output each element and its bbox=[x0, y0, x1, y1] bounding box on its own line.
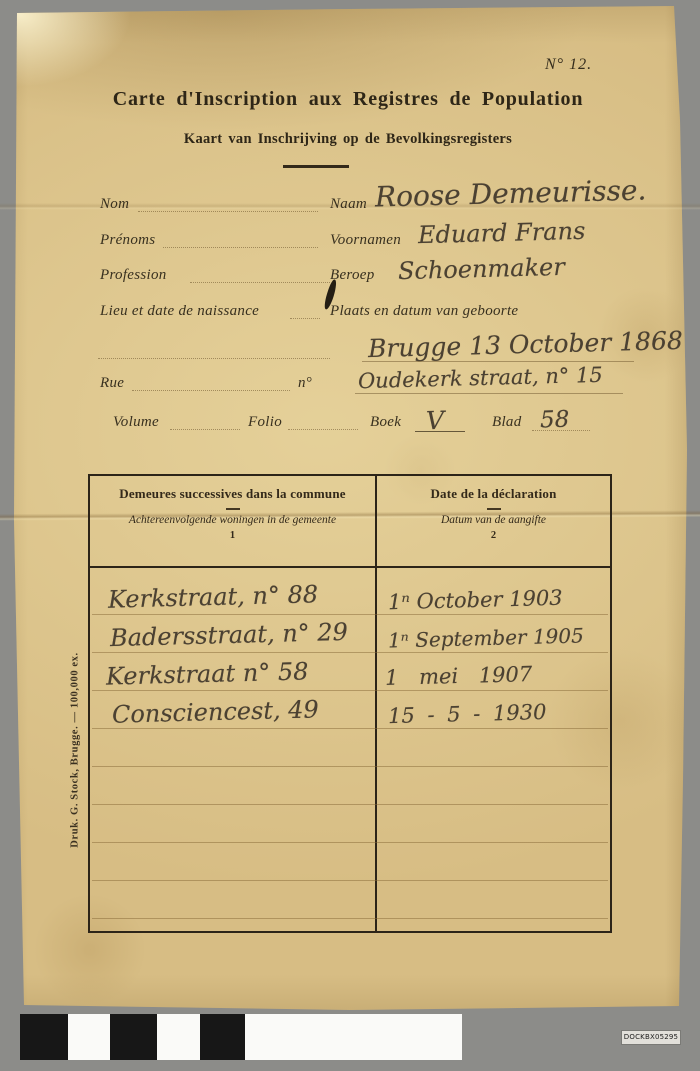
document-number: N° 12. bbox=[545, 56, 592, 74]
table-row-date: 1ⁿ September 1905 bbox=[388, 623, 584, 652]
step-wedge-block-black bbox=[110, 1014, 157, 1060]
header-dash bbox=[487, 508, 501, 510]
title-dutch: Kaart van Inschrijving op de Bevolkingsr… bbox=[20, 131, 676, 148]
field-line bbox=[532, 430, 590, 431]
table-header-residences: Demeures successives dans la commune Ach… bbox=[90, 476, 375, 566]
label-nom: Nom bbox=[100, 196, 129, 213]
inventory-label: DOCKBX05295 bbox=[621, 1030, 681, 1045]
field-line bbox=[138, 211, 318, 212]
step-wedge-block-white bbox=[157, 1014, 200, 1060]
header-dash bbox=[226, 508, 240, 510]
field-line bbox=[290, 318, 320, 319]
label-naissance-nl: Plaats en datum van geboorte bbox=[330, 303, 518, 320]
label-profession: Profession bbox=[100, 267, 167, 284]
step-wedge-block-black bbox=[20, 1014, 68, 1060]
label-beroep: Beroep bbox=[330, 267, 375, 284]
header-fr: Date de la déclaration bbox=[377, 486, 610, 502]
label-prenoms: Prénoms bbox=[100, 232, 155, 249]
field-line bbox=[355, 393, 623, 394]
label-naissance-fr: Lieu et date de naissance bbox=[100, 303, 259, 320]
field-line bbox=[98, 358, 330, 359]
label-naam: Naam bbox=[330, 196, 367, 213]
header-nl: Datum van de aangifte bbox=[377, 514, 610, 526]
table-header-dates: Date de la déclaration Datum van de aang… bbox=[377, 476, 610, 566]
table-header-divider bbox=[90, 566, 610, 568]
label-boek: Boek bbox=[370, 414, 401, 431]
label-blad: Blad bbox=[492, 414, 522, 431]
title-french: Carte d'Inscription aux Registres de Pop… bbox=[20, 88, 676, 111]
column-number: 2 bbox=[377, 530, 610, 541]
value-firstnames: Eduard Frans bbox=[418, 217, 586, 249]
scan-background: N° 12. Carte d'Inscription aux Registres… bbox=[0, 0, 700, 1071]
title-divider bbox=[283, 165, 349, 168]
value-profession: Schoenmaker bbox=[398, 253, 565, 285]
label-voornamen: Voornamen bbox=[330, 232, 401, 249]
label-no: n° bbox=[298, 375, 312, 392]
field-line bbox=[190, 282, 330, 283]
table-row-date: 1 mei 1907 bbox=[385, 662, 533, 690]
step-wedge-block-white bbox=[245, 1014, 462, 1060]
table-row-address: Consciencest, 49 bbox=[112, 695, 319, 728]
column-number: 1 bbox=[90, 530, 375, 541]
table-row-date: 1ⁿ October 1903 bbox=[388, 586, 563, 615]
label-folio: Folio bbox=[248, 414, 282, 431]
field-line bbox=[170, 429, 240, 430]
label-rue: Rue bbox=[100, 375, 124, 392]
residence-table: Demeures successives dans la commune Ach… bbox=[88, 474, 612, 933]
label-volume: Volume bbox=[113, 414, 159, 431]
table-row-date: 15 - 5 - 1930 bbox=[388, 700, 547, 728]
field-line bbox=[163, 247, 318, 248]
header-fr: Demeures successives dans la commune bbox=[90, 486, 375, 502]
table-row-address: Kerkstraat n° 58 bbox=[106, 657, 309, 690]
printer-imprint: Druk. G. Stock, Brugge. — 100,000 ex. bbox=[70, 652, 81, 847]
table-row-address: Kerkstraat, n° 88 bbox=[108, 580, 319, 613]
field-line bbox=[415, 431, 465, 432]
field-line bbox=[362, 361, 634, 362]
step-wedge-block-white bbox=[68, 1014, 110, 1060]
field-line bbox=[132, 390, 290, 391]
field-line bbox=[288, 429, 358, 430]
header-nl: Achtereenvolgende woningen in de gemeent… bbox=[90, 514, 375, 526]
step-wedge-block-black bbox=[200, 1014, 245, 1060]
